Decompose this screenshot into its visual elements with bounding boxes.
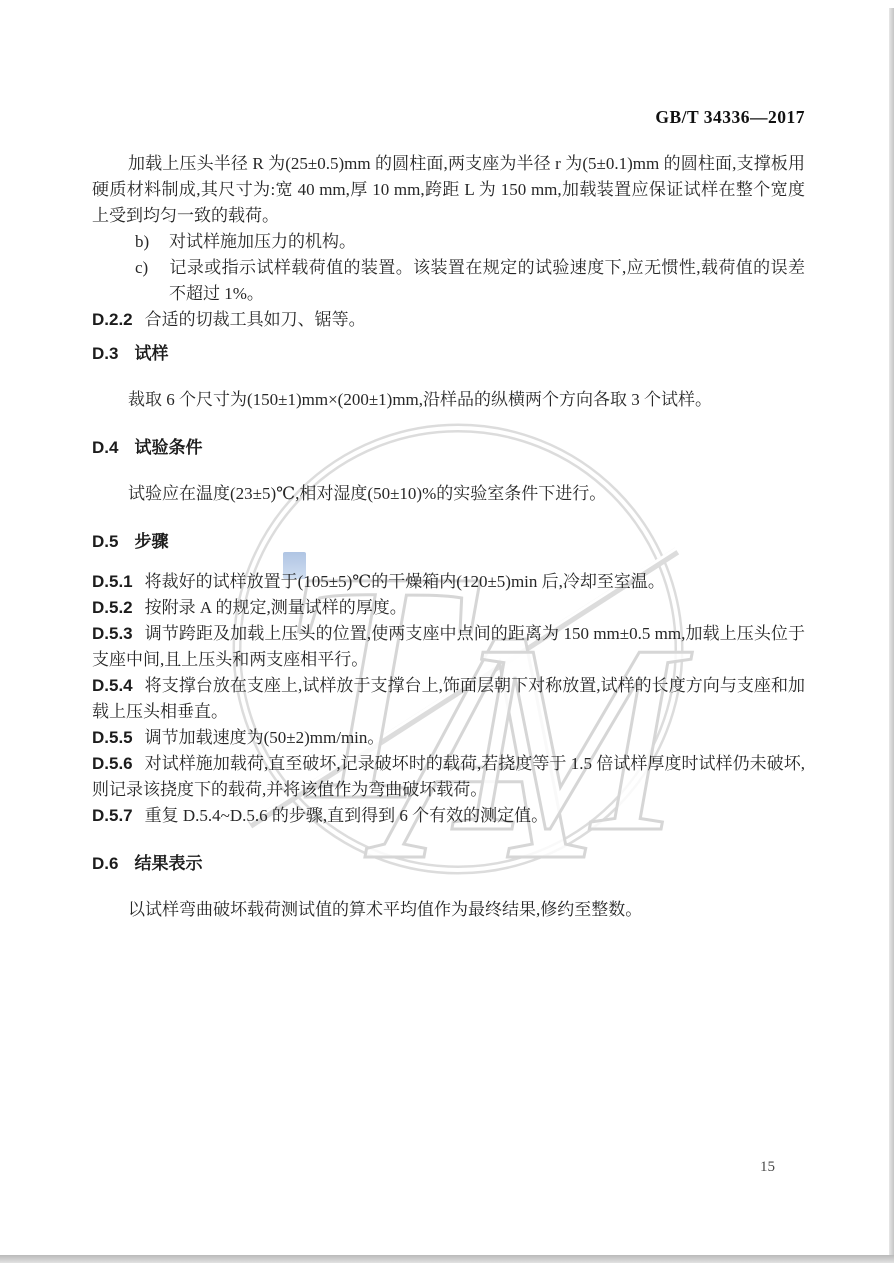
list-item-c: c)记录或指示试样载荷值的装置。该装置在规定的试验速度下,应无惯性,载荷值的误差… — [92, 255, 805, 307]
clause-d55-text: 调节加载速度为(50±2)mm/min。 — [145, 728, 385, 747]
clause-d51-text: 将裁好的试样放置于(105±5)℃的干燥箱内(120±5)min 后,冷却至室温… — [145, 572, 665, 591]
clause-d54-text: 将支撑台放在支座上,试样放于支撑台上,饰面层朝下对称放置,试样的长度方向与支座和… — [92, 676, 805, 721]
scan-edge-bottom — [0, 1255, 894, 1263]
page-header: GB/T 34336—2017 — [92, 0, 805, 131]
section-d6-title: 结果表示 — [134, 854, 202, 873]
section-d4-number: D.4 — [92, 438, 118, 457]
clause-d54: D.5.4将支撑台放在支座上,试样放于支撑台上,饰面层朝下对称放置,试样的长度方… — [92, 673, 805, 725]
page-content: GB/T 34336—2017 加载上压头半径 R 为(25±0.5)mm 的圆… — [0, 0, 894, 923]
clause-d56-number: D.5.6 — [92, 754, 133, 773]
clause-d53: D.5.3调节跨距及加载上压头的位置,使两支座中点间的距离为 150 mm±0.… — [92, 621, 805, 673]
clause-d57-text: 重复 D.5.4~D.5.6 的步骤,直到得到 6 个有效的测定值。 — [145, 806, 549, 825]
scan-edge-right — [889, 8, 894, 1263]
clause-d57-number: D.5.7 — [92, 806, 133, 825]
clause-d53-text: 调节跨距及加载上压头的位置,使两支座中点间的距离为 150 mm±0.5 mm,… — [92, 624, 805, 669]
clause-d22: D.2.2合适的切裁工具如刀、锯等。 — [92, 307, 805, 333]
section-d6-paragraph: 以试样弯曲破坏载荷测试值的算术平均值作为最终结果,修约至整数。 — [92, 897, 805, 923]
clause-d53-number: D.5.3 — [92, 624, 133, 643]
clause-d54-number: D.5.4 — [92, 676, 133, 695]
section-d3-number: D.3 — [92, 344, 118, 363]
section-d5-title: 步骤 — [134, 532, 168, 551]
clause-d51: D.5.1将裁好的试样放置于(105±5)℃的干燥箱内(120±5)min 后,… — [92, 569, 805, 595]
clause-d56-text: 对试样施加载荷,直至破坏,记录破坏时的载荷,若挠度等于 1.5 倍试样厚度时试样… — [92, 754, 805, 799]
intro-paragraph: 加载上压头半径 R 为(25±0.5)mm 的圆柱面,两支座为半径 r 为(5±… — [92, 151, 805, 229]
standard-code: GB/T 34336—2017 — [655, 107, 805, 127]
section-heading-d6: D.6结果表示 — [92, 851, 805, 877]
clause-d56: D.5.6对试样施加载荷,直至破坏,记录破坏时的载荷,若挠度等于 1.5 倍试样… — [92, 751, 805, 803]
section-d5-number: D.5 — [92, 532, 118, 551]
list-item-b: b)对试样施加压力的机构。 — [92, 229, 805, 255]
document-page: T A M GB/T 34336—2017 加载上压头半径 R 为(25±0.5… — [0, 0, 894, 1263]
clause-d55-number: D.5.5 — [92, 728, 133, 747]
page-number: 15 — [760, 1159, 775, 1176]
section-d6-number: D.6 — [92, 854, 118, 873]
section-d3-title: 试样 — [134, 344, 168, 363]
clause-d52: D.5.2按附录 A 的规定,测量试样的厚度。 — [92, 595, 805, 621]
list-item-b-text: 对试样施加压力的机构。 — [169, 232, 356, 251]
section-heading-d4: D.4试验条件 — [92, 435, 805, 461]
list-item-c-text: 记录或指示试样载荷值的装置。该装置在规定的试验速度下,应无惯性,载荷值的误差不超… — [169, 258, 805, 303]
clause-d52-text: 按附录 A 的规定,测量试样的厚度。 — [145, 598, 407, 617]
clause-d22-number: D.2.2 — [92, 310, 133, 329]
clause-d52-number: D.5.2 — [92, 598, 133, 617]
clause-d51-number: D.5.1 — [92, 572, 133, 591]
clause-d57: D.5.7重复 D.5.4~D.5.6 的步骤,直到得到 6 个有效的测定值。 — [92, 803, 805, 829]
section-d4-paragraph: 试验应在温度(23±5)℃,相对湿度(50±10)%的实验室条件下进行。 — [92, 481, 805, 507]
clause-d55: D.5.5调节加载速度为(50±2)mm/min。 — [92, 725, 805, 751]
section-d3-paragraph: 裁取 6 个尺寸为(150±1)mm×(200±1)mm,沿样品的纵横两个方向各… — [92, 387, 805, 413]
clause-d22-text: 合适的切裁工具如刀、锯等。 — [145, 310, 366, 329]
section-heading-d5: D.5步骤 — [92, 529, 805, 555]
list-item-c-label: c) — [135, 255, 169, 281]
section-d4-title: 试验条件 — [134, 438, 202, 457]
list-item-b-label: b) — [135, 229, 169, 255]
section-heading-d3: D.3试样 — [92, 341, 805, 367]
